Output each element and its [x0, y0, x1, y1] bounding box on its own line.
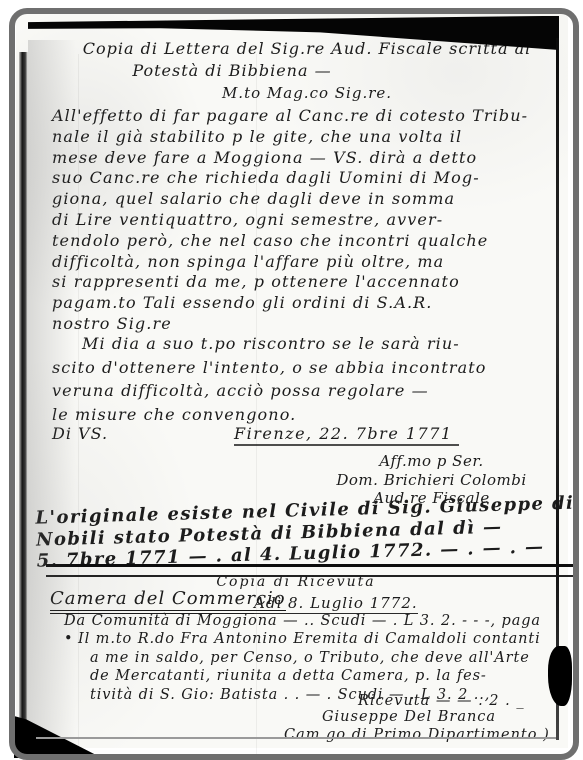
letter-line: veruna difficoltà, acciò possa regolare …: [52, 379, 564, 403]
receipt-line-text: Il m.to R.do Fra Antonino Eremita di Cam…: [78, 631, 541, 647]
letter-line: pagam.to Tali essendo gli ordini di S.A.…: [52, 293, 564, 314]
receipt-signature-title: Cam.go di Primo Dipartimento ): [284, 726, 534, 744]
receipt-signature-name: Giuseppe Del Branca: [284, 708, 534, 726]
letter-paragraph-1: All'effetto di far pagare al Canc.re di …: [52, 106, 564, 335]
letter-salutation: M.to Mag.co Sig.re.: [50, 82, 564, 104]
letter-line: tendolo però, che nel caso che incontri …: [52, 231, 564, 252]
receipt-received-line: Ricevuta — — . 2 . _: [358, 693, 525, 709]
receipt-line: •Il m.to R.do Fra Antonino Eremita di Ca…: [64, 630, 576, 648]
letter-line: si rappresenti da me, p ottenere l'accen…: [52, 272, 564, 293]
letter-dateline: Firenze, 22. 7bre 1771: [234, 424, 459, 446]
page-edge-left: [19, 52, 28, 748]
signature-name: Dom. Brichieri Colombi: [324, 471, 539, 490]
signature-flourish: Aff.mo p Ser.: [324, 452, 539, 471]
receipt-office-heading: Camera del Commercio: [50, 588, 286, 614]
letter-line: nale il già stabilito p le gite, che una…: [52, 127, 564, 148]
letter-line: Mi dia a suo t.po riscontro se le sarà r…: [52, 332, 564, 356]
letter-line: giona, quel salario che dagli deve in so…: [52, 189, 564, 210]
letter-line: le misure che convengono.: [52, 403, 564, 427]
archival-note: L'originale esiste nel Civile di Sig. Gi…: [35, 492, 583, 572]
page-edge-bottom: [36, 737, 556, 739]
letter-line: di Lire ventiquattro, ogni semestre, avv…: [52, 210, 564, 231]
letter-title-line2: Potestà di Bibbiena —: [50, 60, 564, 82]
receipt-line: Da Comunità di Moggiona — .. Scudi — . L…: [64, 612, 576, 630]
receipt-body: Da Comunità di Moggiona — .. Scudi — . L…: [64, 612, 576, 704]
receipt-line: de Mercatanti, riunita a detta Camera, p…: [64, 667, 576, 685]
ink-blob-right: [548, 646, 572, 706]
letter-line: difficoltà, non spinga l'affare più oltr…: [52, 252, 564, 273]
scanned-page: Copia di Lettera del Sig.re Aud. Fiscale…: [16, 14, 568, 748]
receipt-line: a me in saldo, per Censo, o Tributo, che…: [64, 649, 576, 667]
letter-line: scito d'ottenere l'intento, o se abbia i…: [52, 356, 564, 380]
page-edge-right: [556, 38, 559, 740]
receipt-date: Adì 8. Luglio 1772.: [254, 594, 418, 614]
letter-paragraph-2: Mi dia a suo t.po riscontro se le sarà r…: [52, 332, 564, 426]
gutter-shading: [28, 40, 76, 746]
letter-line: suo Canc.re che richieda dagli Uomini di…: [52, 168, 564, 189]
letter-line: mese deve fare a Moggiona — VS. dirà a d…: [52, 148, 564, 169]
letter-line: All'effetto di far pagare al Canc.re di …: [52, 106, 564, 127]
letter-header: Copia di Lettera del Sig.re Aud. Fiscale…: [50, 38, 564, 104]
